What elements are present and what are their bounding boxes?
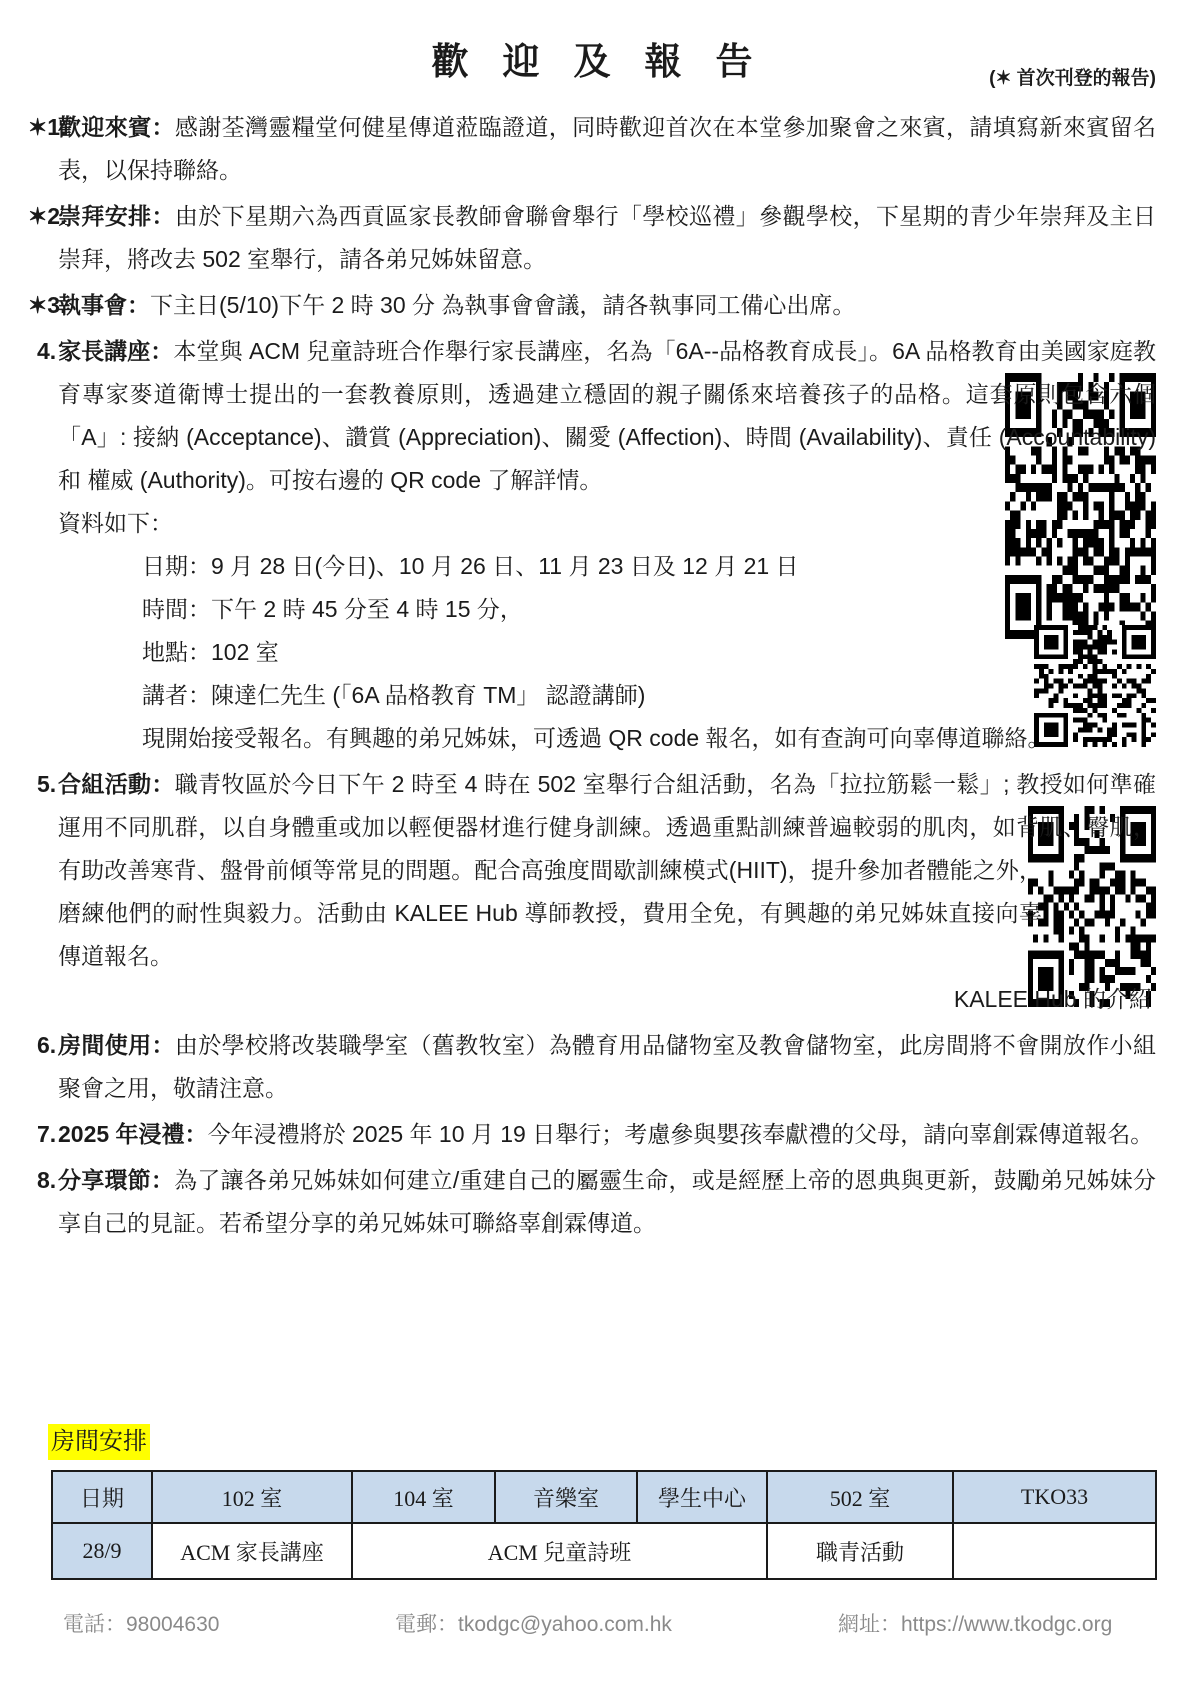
- cell-room-104-music-student: ACM 兒童詩班: [352, 1523, 767, 1579]
- footer-phone: 電話：98004630: [63, 1608, 219, 1638]
- announcement-item-2: ✶2.崇拜安排：由於下星期六為西貢區家長教師會聯會舉行「學校巡禮」參觀學校，下星…: [28, 195, 1156, 281]
- item-text: 本堂與 ACM 兒童詩班合作舉行家長講座，名為「6A--品格教育成長」。6A 品…: [58, 338, 1156, 493]
- announcement-item-8: 8.分享環節：為了讓各弟兄姊妹如何建立/重建自己的屬靈生命，或是經歷上帝的恩典與…: [28, 1159, 1156, 1245]
- col-header-104: 104 室: [352, 1471, 495, 1523]
- qr-code-registration[interactable]: [1034, 625, 1156, 747]
- cell-date: 28/9: [52, 1523, 152, 1579]
- item-text: 感謝荃灣靈糧堂何健星傳道蒞臨證道，同時歡迎首次在本堂參加聚會之來賓，請填寫新來賓…: [58, 114, 1156, 183]
- item-marker: 4.: [37, 330, 56, 373]
- item-marker: 5.: [37, 763, 56, 806]
- item-text: 下主日(5/10)下午 2 時 30 分 為執事會會議，請各執事同工備心出席。: [150, 292, 855, 318]
- col-header-student-centre: 學生中心: [637, 1471, 767, 1523]
- qr-caption-kalee-hub: KALEE Hub 的介紹: [58, 978, 1156, 1021]
- col-header-502: 502 室: [767, 1471, 953, 1523]
- announcement-list: ✶1.歡迎來賓：感謝荃灣靈糧堂何健星傳道蒞臨證道，同時歡迎首次在本堂參加聚會之來…: [28, 106, 1156, 1245]
- footer-email: 電郵：tkodgc@yahoo.com.hk: [395, 1608, 672, 1638]
- detail-speaker: 講者：陳達仁先生 (「6A 品格教育 TM」 認證講師): [58, 674, 1156, 717]
- room-schedule-table: 日期 102 室 104 室 音樂室 學生中心 502 室 TKO33 28/9…: [51, 1470, 1157, 1580]
- table-header-row: 日期 102 室 104 室 音樂室 學生中心 502 室 TKO33: [52, 1471, 1156, 1523]
- item-text: 職青牧區於今日下午 2 時至 4 時在 502 室舉行合組活動，名為「拉拉筋鬆一…: [58, 771, 1156, 969]
- item-text: 由於下星期六為西貢區家長教師會聯會舉行「學校巡禮」參觀學校，下星期的青少年崇拜及…: [58, 203, 1156, 272]
- room-schedule-heading: 房間安排: [48, 1424, 150, 1460]
- cell-room-502: 職青活動: [767, 1523, 953, 1579]
- bulletin-page: 歡迎及報告 (✶ 首次刊登的報告) ✶1.歡迎來賓：感謝荃灣靈糧堂何健星傳道蒞臨…: [0, 0, 1200, 1697]
- item-label: 家長講座：: [58, 338, 173, 364]
- room-schedule-section: 房間安排 日期 102 室 104 室 音樂室 學生中心 502 室 TKO33…: [28, 1424, 1156, 1580]
- table-row: 28/9 ACM 家長講座 ACM 兒童詩班 職青活動: [52, 1523, 1156, 1579]
- detail-venue: 地點：102 室: [58, 631, 1156, 674]
- contact-footer: 電話：98004630 電郵：tkodgc@yahoo.com.hk 網址：ht…: [28, 1608, 1156, 1648]
- announcement-item-1: ✶1.歡迎來賓：感謝荃灣靈糧堂何健星傳道蒞臨證道，同時歡迎首次在本堂參加聚會之來…: [28, 106, 1156, 192]
- details-intro: 資料如下：: [58, 502, 1156, 545]
- item-marker: ✶2.: [28, 195, 66, 238]
- item-marker: 7.: [37, 1113, 56, 1156]
- col-header-date: 日期: [52, 1471, 152, 1523]
- item-label: 執事會：: [58, 292, 150, 318]
- item-marker: 8.: [37, 1159, 56, 1202]
- announcement-item-3: ✶3.執事會：下主日(5/10)下午 2 時 30 分 為執事會會議，請各執事同…: [28, 284, 1156, 327]
- item-text: 為了讓各弟兄姊妹如何建立/重建自己的屬靈生命，或是經歷上帝的恩典與更新，鼓勵弟兄…: [58, 1167, 1156, 1236]
- registration-note: 現開始接受報名。有興趣的弟兄姊妹，可透過 QR code 報名，如有查詢可向辜傳…: [58, 717, 1156, 760]
- header: 歡迎及報告 (✶ 首次刊登的報告): [28, 34, 1156, 94]
- item-marker: ✶1.: [28, 106, 66, 149]
- detail-time: 時間：下午 2 時 45 分至 4 時 15 分，: [58, 588, 1156, 631]
- cell-tko33: [953, 1523, 1156, 1579]
- item-marker: 6.: [37, 1024, 56, 1067]
- announcement-item-6: 6.房間使用：由於學校將改裝職學室（舊教牧室）為體育用品儲物室及教會儲物室，此房…: [28, 1024, 1156, 1110]
- item-label: 崇拜安排：: [58, 203, 175, 229]
- item-label: 房間使用：: [58, 1032, 175, 1058]
- announcement-item-4: 4.家長講座：本堂與 ACM 兒童詩班合作舉行家長講座，名為「6A--品格教育成…: [28, 330, 1156, 760]
- announcement-item-7: 7.2025 年浸禮：今年浸禮將於 2025 年 10 月 19 日舉行；考慮參…: [28, 1113, 1156, 1156]
- item-label: 2025 年浸禮：: [58, 1121, 208, 1147]
- lecture-details: 日期：9 月 28 日(今日)、10 月 26 日、11 月 23 日及 12 …: [58, 545, 1156, 717]
- announcement-item-5: 5.合組活動：職青牧區於今日下午 2 時至 4 時在 502 室舉行合組活動，名…: [28, 763, 1156, 1021]
- col-header-tko33: TKO33: [953, 1471, 1156, 1523]
- item-label: 合組活動：: [58, 771, 175, 797]
- footer-website: 網址：https://www.tkodgc.org: [838, 1608, 1112, 1638]
- col-header-102: 102 室: [152, 1471, 352, 1523]
- col-header-music: 音樂室: [495, 1471, 637, 1523]
- item-label: 歡迎來賓：: [58, 114, 175, 140]
- first-published-note: (✶ 首次刊登的報告): [989, 63, 1156, 90]
- item-marker: ✶3.: [28, 284, 66, 327]
- item-text: 今年浸禮將於 2025 年 10 月 19 日舉行；考慮參與嬰孩奉獻禮的父母，請…: [208, 1121, 1154, 1147]
- page-title: 歡迎及報告: [28, 34, 1156, 90]
- cell-room-102: ACM 家長講座: [152, 1523, 352, 1579]
- item-label: 分享環節：: [58, 1167, 174, 1193]
- detail-date: 日期：9 月 28 日(今日)、10 月 26 日、11 月 23 日及 12 …: [58, 545, 1156, 588]
- item-text: 由於學校將改裝職學室（舊教牧室）為體育用品儲物室及教會儲物室，此房間將不會開放作…: [58, 1032, 1156, 1101]
